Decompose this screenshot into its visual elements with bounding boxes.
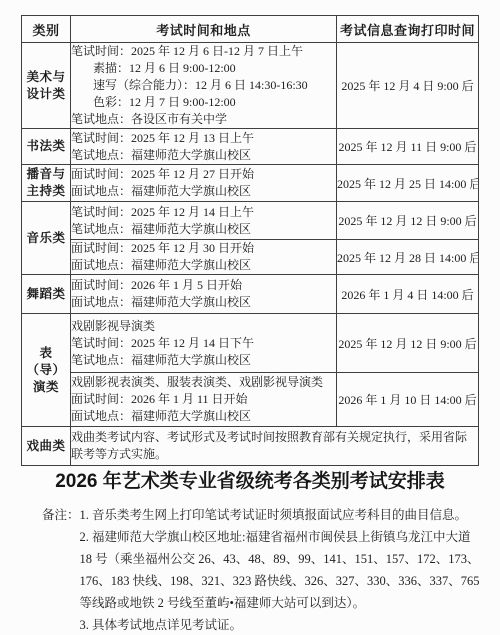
music-interview-time-location: 面试时间：2025 年 12 月 30 日开始 面试地点：福建师范大学旗山校区: [71, 240, 337, 275]
exam-detail-line: 面试地点：福建师范大学旗山校区: [71, 408, 336, 425]
header-time-location: 考试时间和地点: [71, 16, 337, 43]
table-row-acting-interview: 戏剧影视表演类、服装表演类、戏剧影视导演类 面试时间：2026 年 1 月 11…: [22, 373, 479, 427]
category-art-design: 美术与 设计类: [22, 43, 71, 129]
exam-detail-line: 笔试地点：福建师范大学旗山校区: [71, 147, 336, 164]
note-line-1: 1. 音乐类考生网上打印笔试考试证时须填报面试应考科目的曲目信息。: [80, 504, 482, 526]
music-interview-query-time: 2025 年 12 月 28 日 14:00 后: [337, 240, 479, 275]
exam-detail-line: 面试时间：2026 年 1 月 11 日开始: [71, 391, 336, 408]
exam-detail-line: 面试地点：福建师范大学旗山校区: [71, 257, 336, 274]
table-row-acting-written: 表（导） 演类 戏剧影视导演类 笔试时间：2025 年 12 月 14 日下午 …: [22, 314, 479, 373]
exam-detail-line: 面试地点：福建师范大学旗山校区: [71, 294, 336, 311]
exam-detail-line: 戏剧影视导演类: [71, 318, 336, 335]
note-line-5: 等线路或地铁 2 号线至董屿•福建师大站可以到达）。: [80, 592, 482, 614]
exam-detail-line: 速写（综合能力）：12 月 6 日 14:30-16:30: [93, 77, 336, 94]
table-row-music-written: 音乐类 笔试时间：2025 年 12 月 14 日上午 笔试地点：福建师范大学旗…: [22, 202, 479, 240]
acting-written-time-location: 戏剧影视导演类 笔试时间：2025 年 12 月 14 日下午 笔试地点：福建师…: [71, 314, 337, 373]
exam-detail-line: 面试时间：2025 年 12 月 27 日开始: [71, 166, 336, 183]
notes-label: 备注：: [42, 504, 80, 526]
table-row-broadcast-hosting: 播音与 主持类 面试时间：2025 年 12 月 27 日开始 面试地点：福建师…: [22, 165, 479, 202]
calligraphy-query-time: 2025 年 12 月 11 日 9:00 后: [337, 129, 479, 165]
calligraphy-time-location: 笔试时间：2025 年 12 月 13 日上午 笔试地点：福建师范大学旗山校区: [71, 129, 337, 165]
category-calligraphy: 书法类: [22, 129, 71, 165]
document-title: 2026 年艺术类专业省级统考各类别考试安排表: [0, 466, 500, 493]
table-header-row: 类别 考试时间和地点 考试信息查询打印时间: [22, 16, 479, 43]
exam-detail-line: 笔试时间：2025 年 12 月 13 日上午: [71, 130, 336, 147]
table-row-music-interview: 面试时间：2025 年 12 月 30 日开始 面试地点：福建师范大学旗山校区 …: [22, 240, 479, 275]
category-dance: 舞蹈类: [22, 275, 71, 314]
note-line-6: 3. 具体考试地点详见考试证。: [80, 614, 482, 635]
exam-detail-line: 戏剧影视表演类、服装表演类、戏剧影视导演类: [71, 374, 336, 391]
table-row-opera: 戏曲类 戏曲类考试内容、考试形式及考试时间按照教育部有关规定执行，采用省际联考等…: [22, 427, 479, 466]
notes-section: 备注： 1. 音乐类考生网上打印笔试考试证时须填报面试应考科目的曲目信息。 2.…: [42, 504, 482, 635]
art-design-query-time: 2025 年 12 月 4 日 9:00 后: [337, 43, 479, 129]
dance-time-location: 面试时间：2026 年 1 月 5 日开始 面试地点：福建师范大学旗山校区: [71, 275, 337, 314]
category-music: 音乐类: [22, 202, 71, 275]
broadcast-query-time: 2025 年 12 月 25 日 14:00 后: [337, 165, 479, 202]
category-acting-directing: 表（导） 演类: [22, 314, 71, 427]
music-written-query-time: 2025 年 12 月 12 日 9:00 后: [337, 202, 479, 240]
exam-detail-line: 面试地点：福建师范大学旗山校区: [71, 183, 336, 200]
table-row-dance: 舞蹈类 面试时间：2026 年 1 月 5 日开始 面试地点：福建师范大学旗山校…: [22, 275, 479, 314]
exam-detail-line: 色彩：12 月 7 日 9:00-12:00: [93, 94, 336, 111]
exam-detail-line: 笔试时间：2025 年 12 月 6 日-12 月 7 日上午: [71, 43, 336, 60]
exam-detail-line: 笔试地点：各设区市有关中学: [71, 111, 336, 128]
note-line-4: 176、183 快线、198、321、323 路快线、326、327、330、3…: [80, 570, 482, 592]
table-row-calligraphy: 书法类 笔试时间：2025 年 12 月 13 日上午 笔试地点：福建师范大学旗…: [22, 129, 479, 165]
acting-written-query-time: 2025 年 12 月 12 日 9:00 后: [337, 314, 479, 373]
opera-exam-note: 戏曲类考试内容、考试形式及考试时间按照教育部有关规定执行，采用省际联考等方式实施…: [71, 427, 479, 466]
art-design-time-location: 笔试时间：2025 年 12 月 6 日-12 月 7 日上午 素描：12 月 …: [71, 43, 337, 129]
note-line-2: 2. 福建师范大学旗山校区地址:福建省福州市闽侯县上街镇乌龙江中大道: [80, 526, 482, 548]
header-category: 类别: [22, 16, 71, 43]
scanned-document-page: 类别 考试时间和地点 考试信息查询打印时间 美术与 设计类 笔试时间：2025 …: [0, 0, 500, 635]
exam-detail-line: 笔试地点：福建师范大学旗山校区: [71, 221, 336, 238]
broadcast-time-location: 面试时间：2025 年 12 月 27 日开始 面试地点：福建师范大学旗山校区: [71, 165, 337, 202]
exam-detail-line: 素描：12 月 6 日 9:00-12:00: [93, 60, 336, 77]
acting-interview-time-location: 戏剧影视表演类、服装表演类、戏剧影视导演类 面试时间：2026 年 1 月 11…: [71, 373, 337, 427]
exam-schedule-table: 类别 考试时间和地点 考试信息查询打印时间 美术与 设计类 笔试时间：2025 …: [21, 15, 479, 466]
category-broadcast-hosting: 播音与 主持类: [22, 165, 71, 202]
exam-detail-line: 笔试时间：2025 年 12 月 14 日上午: [71, 204, 336, 221]
exam-detail-line: 笔试地点：福建师范大学旗山校区: [71, 352, 336, 369]
note-line-3: 18 号（乘坐福州公交 26、43、48、89、99、141、151、157、1…: [80, 548, 482, 570]
table-row-art-design: 美术与 设计类 笔试时间：2025 年 12 月 6 日-12 月 7 日上午 …: [22, 43, 479, 129]
exam-detail-line: 笔试时间：2025 年 12 月 14 日下午: [71, 335, 336, 352]
header-query-time: 考试信息查询打印时间: [337, 16, 479, 43]
music-written-time-location: 笔试时间：2025 年 12 月 14 日上午 笔试地点：福建师范大学旗山校区: [71, 202, 337, 240]
notes-lines: 1. 音乐类考生网上打印笔试考试证时须填报面试应考科目的曲目信息。 2. 福建师…: [80, 504, 482, 635]
category-opera: 戏曲类: [22, 427, 71, 466]
exam-detail-line: 面试时间：2025 年 12 月 30 日开始: [71, 240, 336, 257]
exam-detail-line: 面试时间：2026 年 1 月 5 日开始: [71, 277, 336, 294]
dance-query-time: 2026 年 1 月 4 日 14:00 后: [337, 275, 479, 314]
acting-interview-query-time: 2026 年 1 月 10 日 14:00 后: [337, 373, 479, 427]
